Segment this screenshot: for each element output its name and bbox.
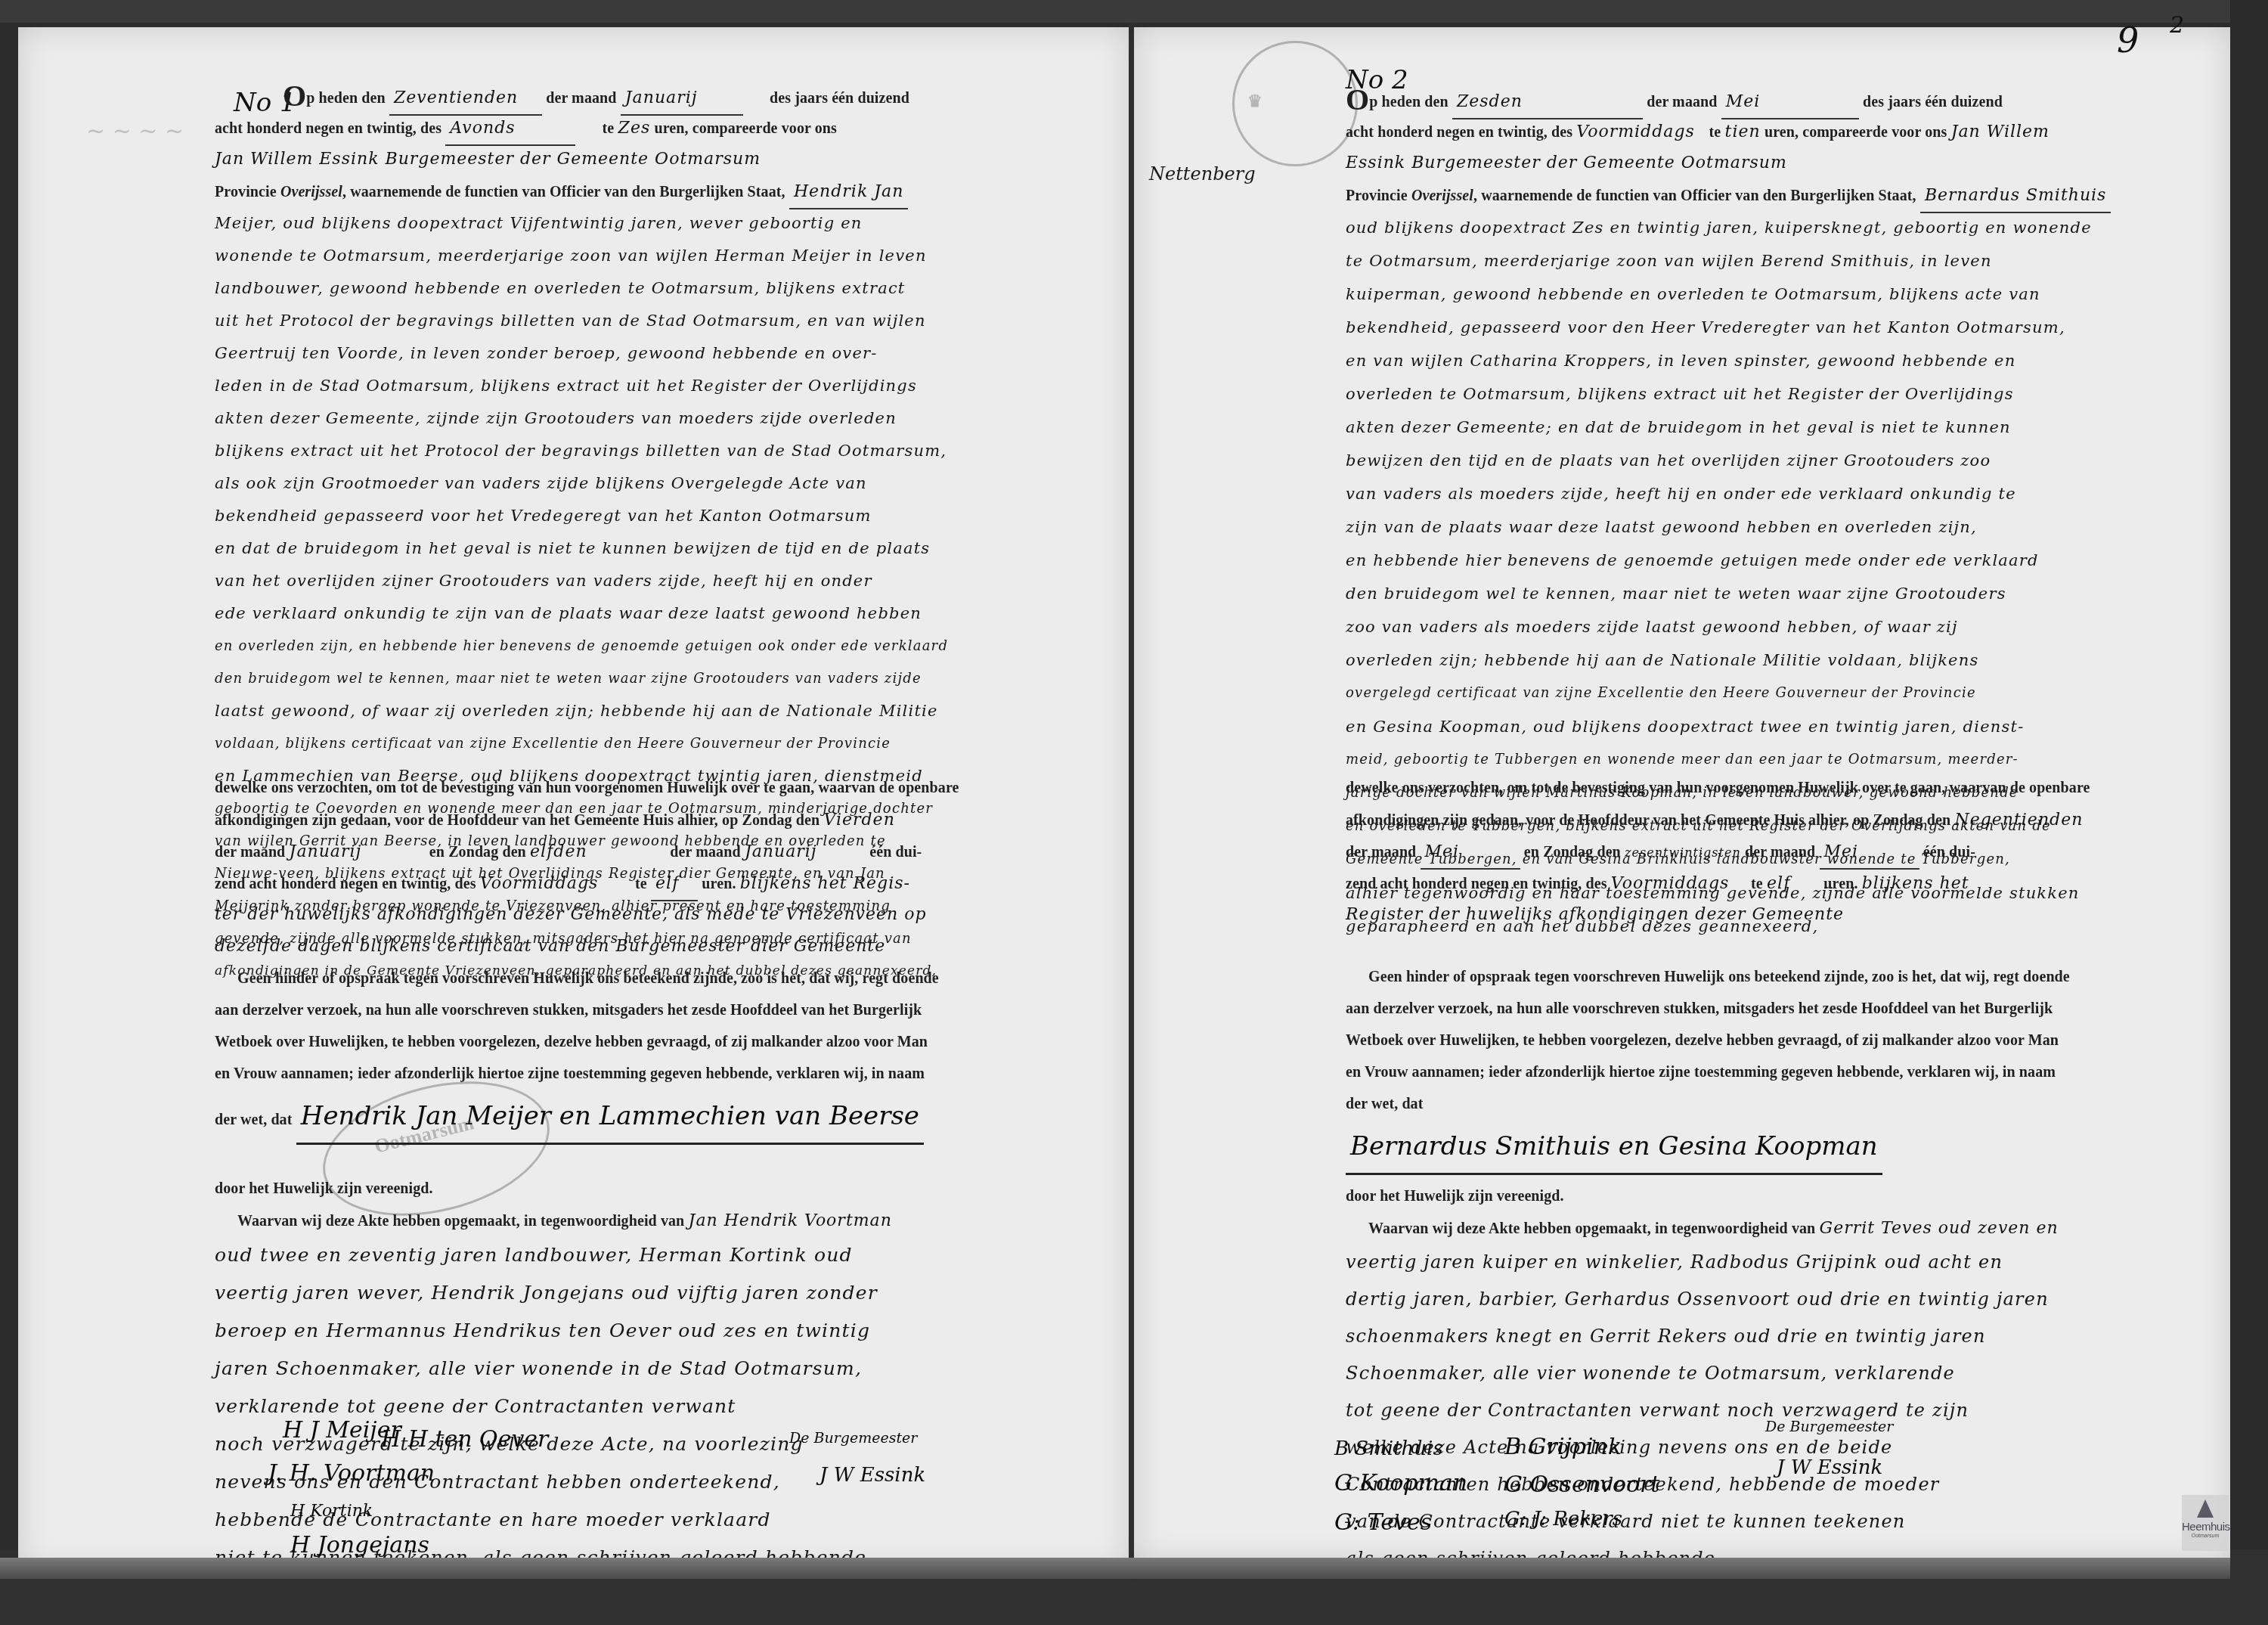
handwritten-line: landbouwer, gewoond hebbende en overlede… [215, 272, 1099, 305]
acte-1-proclamation: dewelke ons verzochten, om tot de bevest… [215, 772, 1099, 1577]
printed-text: der maand [215, 844, 285, 861]
printed-text: der maand [1647, 94, 1717, 110]
groom-name-field: Bernardus Smithuis [1920, 180, 2112, 213]
hour-field: tien [1725, 122, 1761, 141]
handwritten-text: Jan Willem [1951, 122, 2050, 141]
printed-text: , waarnemende de functien van Officier v… [342, 184, 785, 200]
first-sunday-field: Negentienden [1954, 811, 2083, 830]
groom-name-field: Hendrik Jan [789, 176, 908, 209]
printed-text: uren, compareerde voor ons [1765, 124, 1947, 141]
mayor-name-line: Jan Willem Essink Burgemeester der Gemee… [215, 144, 1099, 175]
handwritten-line: kuiperman, gewoond hebbende en overleden… [1346, 278, 2208, 311]
handwritten-line: en hebbende hier benevens de genoemde ge… [1346, 544, 2208, 577]
proclamation-line-2: afkondigingen zijn gedaan, voor de Hoofd… [1346, 804, 2208, 836]
printed-text: te [1751, 876, 1763, 892]
signature-groom: B Smithuis [1334, 1437, 1443, 1460]
printed-text: der maand [1346, 844, 1416, 861]
witness-name: Jan Hendrik Voortman [689, 1211, 892, 1230]
printed-text: , waarnemende de functien van Officier v… [1473, 188, 1916, 204]
printed-text: uren. [1823, 876, 1857, 892]
witness-block: oud twee en zeventig jaren landbouwer, H… [215, 1236, 1099, 1577]
printed-text: te [1709, 124, 1721, 141]
printed-line: en Vrouw aannamen; ieder afzonderlijk hi… [215, 1058, 1099, 1090]
handwritten-line: dertig jaren, barbier, Gerhardus Ossenvo… [1346, 1281, 2208, 1318]
first-sunday-field: Vierden [823, 811, 894, 830]
handwritten-line: bekendheid gepasseerd voor het Vredegere… [215, 500, 1099, 532]
bride-line: en Gesina Koopman, oud blijkens doopextr… [1346, 710, 2208, 743]
signature-witness-4: G: J: Rekers [1504, 1508, 1622, 1530]
second-sunday-field: zesentwintigsten [1625, 845, 1741, 860]
printed-text: afkondigingen zijn gedaan, voor de Hoofd… [1346, 812, 1950, 829]
printed-line: en Vrouw aannamen; ieder afzonderlijk hi… [1346, 1056, 2208, 1088]
printed-text: uren. [702, 876, 736, 892]
printed-text: en Zondag den [1524, 844, 1621, 861]
handwritten-line: akten dezer Gemeente, zijnde zijn Grooto… [215, 402, 1099, 435]
watermark-name: Heemhuis [2182, 1521, 2229, 1534]
witness-name: Gerrit Teves oud zeven en [1820, 1219, 2059, 1238]
daypart-field: Avonds [445, 113, 575, 146]
printed-text: des jaars één duizend [770, 90, 909, 107]
handwritten-line: en van wijlen Catharina Kroppers, in lev… [1346, 344, 2208, 377]
day-field: Zesden [1452, 86, 1643, 119]
folio-circled-mark: 9 [2117, 20, 2139, 60]
left-page: Ootmarsum ~ ~ ~ ~ No 1 Op heden den Zeve… [18, 27, 1129, 1570]
handwritten-line: bekendheid, gepasseerd voor den Heer Vre… [1346, 311, 2208, 344]
couple-names: Bernardus Smithuis en Gesina Koopman [1346, 1120, 1882, 1175]
printed-text: der maand [1745, 844, 1815, 861]
signature-mayor: J W Essink [1777, 1456, 1882, 1479]
printed-text: Waarvan wij deze Akte hebben opgemaakt, … [1346, 1220, 1815, 1237]
handwritten-line: zoo van vaders als moeders zijde laatst … [1346, 610, 2208, 643]
printed-text: acht honderd negen en twintig, des [1346, 124, 1572, 141]
day-field: Zeventienden [389, 82, 542, 116]
handwritten-line: bewijzen den tijd en de plaats van het o… [1346, 444, 2208, 477]
month-field: Januarij [745, 836, 866, 868]
month-field: Mei [1820, 836, 1919, 870]
acte-2-header-line-1: Op heden den Zesden der maand Mei des ja… [1346, 84, 2208, 116]
proclamation-line-3: der maand Januarij en Zondag den elfden … [215, 836, 1099, 867]
acte-2-header-line-2: acht honderd negen en twintig, des Voorm… [1346, 116, 2208, 147]
daypart-field: Voormiddags [1576, 116, 1705, 148]
folio-number: 2 [2170, 12, 2184, 39]
second-sunday-field: elfden [530, 836, 666, 868]
printed-text: uren, compareerde voor ons [654, 120, 836, 137]
signature-witness-3: H Jongejans [290, 1532, 429, 1558]
acte-2-header-line-4: Provincie Overijssel, waarnemende de fun… [1346, 179, 2208, 211]
month-field: Mei [1721, 86, 1859, 119]
mayor-title: De Burgemeester [1765, 1419, 1893, 1435]
printed-line: Geen hinder of opspraak tegen voorschrev… [215, 963, 1099, 994]
printed-line: door het Huwelijk zijn vereenigd. [215, 1173, 1099, 1205]
scan-background-top [0, 0, 2268, 23]
witness-intro-line: Waarvan wij deze Akte hebben opgemaakt, … [215, 1205, 1099, 1236]
proclamation-line-4: zend acht honderd negen en twintig, des … [215, 867, 1099, 899]
handwritten-line: den bruidegom wel te kennen, maar niet t… [215, 662, 1099, 695]
handwritten-text: blijkens het [1862, 874, 1969, 893]
hour-field: elf [1767, 868, 1820, 900]
printed-line: Wetboek over Huwelijken, te hebben voorg… [215, 1026, 1099, 1058]
proclamation-line-3: der maand Mei en Zondag den zesentwintig… [1346, 836, 2208, 867]
month-field: Januarij [290, 836, 426, 868]
right-page: ♛ 9 2 Nettenberg No 2 Op heden den Zesde… [1134, 27, 2230, 1562]
printed-text: des jaars één duizend [1863, 94, 2003, 110]
handwritten-text: blijkens het Regis- [740, 874, 910, 893]
printed-text: te [603, 120, 615, 137]
printed-text: afkondigingen zijn gedaan, voor de Hoofd… [215, 812, 820, 829]
month-field: Mei [1421, 836, 1520, 870]
handwritten-line: veertig jaren wever, Hendrik Jongejans o… [215, 1274, 1099, 1312]
page-bottom-edge [0, 1558, 2230, 1579]
witness-intro-line: Waarvan wij deze Akte hebben opgemaakt, … [1346, 1212, 2208, 1244]
printed-text: zend acht honderd negen en twintig, des [215, 876, 476, 892]
printed-text: Provincie [215, 184, 277, 200]
province-field: Overijssel [1411, 188, 1473, 204]
mayor-name-line: Essink Burgemeester der Gemeente Ootmars… [1346, 147, 2208, 179]
handwritten-line: ter der huwelijks afkondigingen dezer Ge… [215, 899, 1099, 931]
printed-line: der wet, dat [1346, 1088, 2208, 1120]
house-roof-icon [2197, 1499, 2214, 1518]
printed-line: aan derzelver verzoek, na hun alle voors… [1346, 993, 2208, 1025]
acte-1-header-line-1: Op heden den Zeventienden der maand Janu… [215, 80, 1099, 112]
handwritten-line: te Ootmarsum, meerderjarige zoon van wij… [1346, 244, 2208, 278]
printed-text: acht honderd negen en twintig, des [215, 120, 442, 137]
printed-text: p heden den [306, 90, 385, 107]
printed-line: Geen hinder of opspraak tegen voorschrev… [1346, 961, 2208, 993]
handwritten-line: overgelegd certificaat van zijne Excelle… [1346, 677, 2208, 710]
printed-text: en Zondag den [429, 844, 526, 861]
handwritten-line: ede verklaard onkundig te zijn van de pl… [215, 597, 1099, 630]
handwritten-line: Meijer, oud blijkens doopextract Vijfent… [215, 207, 1099, 240]
handwritten-line: oud twee en zeventig jaren landbouwer, H… [215, 1236, 1099, 1274]
signature-witness-1: J. H. Voortman [268, 1460, 435, 1487]
printed-text: één dui- [1923, 844, 1975, 861]
handwritten-line: oud blijkens doopextract Zes en twintig … [1346, 211, 2208, 244]
acte-1-header-line-2: acht honderd negen en twintig, des Avond… [215, 112, 1099, 144]
handwritten-line: Schoenmaker, alle vier wonende te Ootmar… [1346, 1355, 2208, 1392]
signature-witness-3: G Ossenvoort [1504, 1471, 1659, 1498]
initial-letter: O [283, 79, 306, 113]
signature-witness-2: H Kortink [290, 1502, 373, 1521]
daypart-field: Voormiddags [480, 868, 631, 900]
bleed-through-text: ~ ~ ~ ~ [86, 118, 184, 144]
handwritten-line: overleden zijn; hebbende hij aan de Nati… [1346, 643, 2208, 677]
printed-text: zend acht honderd negen en twintig, des [1346, 876, 1607, 892]
embossed-seal-text: ♛ [1247, 91, 1263, 111]
margin-note: Nettenberg [1149, 163, 1256, 185]
handwritten-line: laatst gewoond, of waar zij overleden zi… [215, 695, 1099, 727]
printed-text: der maand [546, 90, 616, 107]
proclamation-line-4: zend acht honderd negen en twintig, des … [1346, 867, 2208, 899]
province-field: Overijssel [280, 184, 342, 200]
hour-field: elf [651, 868, 698, 901]
handwritten-line: beroep en Hermannus Hendrikus ten Oever … [215, 1312, 1099, 1350]
printed-text: te [635, 876, 647, 892]
handwritten-line: overleden te Ootmarsum, blijkens extract… [1346, 377, 2208, 411]
printed-line: Wetboek over Huwelijken, te hebben voorg… [1346, 1025, 2208, 1056]
handwritten-line: Register der huwelijks afkondigingen dez… [1346, 899, 2208, 931]
handwritten-line: leden in de Stad Ootmarsum, blijkens ext… [215, 370, 1099, 402]
printed-text: één dui- [869, 844, 922, 861]
proclamation-line-2: afkondigingen zijn gedaan, voor de Hoofd… [215, 804, 1099, 836]
handwritten-line: van de Contractante verklaard niet te ku… [1346, 1503, 2208, 1540]
witness-block: veertig jaren kuiper en winkelier, Radbo… [1346, 1244, 2208, 1577]
printed-text: der maand [670, 844, 740, 861]
handwritten-line: dezelfde dagen blijkens certificaat van … [215, 931, 1099, 963]
signature-witness-1: G: Teves [1334, 1509, 1432, 1536]
handwritten-line: van het overlijden zijner Grootouders va… [215, 565, 1099, 597]
printed-line: dewelke ons verzochten, om tot de bevest… [1346, 772, 2208, 804]
printed-line: dewelke ons verzochten, om tot de bevest… [215, 772, 1099, 804]
signature-bride: G Koopman [1334, 1470, 1467, 1496]
mayor-title: De Burgemeester [789, 1430, 917, 1447]
daypart-field: Voormiddags [1611, 868, 1747, 900]
printed-text: Provincie [1346, 188, 1408, 204]
scan-background-right [2230, 0, 2268, 1625]
acte-1-header-line-4: Provincie Overijssel, waarnemende de fun… [215, 175, 1099, 207]
handwritten-line: schoenmakers knegt en Gerrit Rekers oud … [1346, 1318, 2208, 1355]
handwritten-line: voldaan, blijkens certificaat van zijne … [215, 727, 1099, 760]
handwritten-line: akten dezer Gemeente; en dat de bruidego… [1346, 411, 2208, 444]
handwritten-line: zijn van de plaats waar deze laatst gewo… [1346, 510, 2208, 544]
handwritten-line: jaren Schoenmaker, alle vier wonende in … [215, 1350, 1099, 1388]
printed-text: p heden den [1369, 94, 1448, 110]
printed-line: aan derzelver verzoek, na hun alle voors… [215, 994, 1099, 1026]
signature-witness-2: B Grijpink [1504, 1434, 1622, 1460]
printed-line: door het Huwelijk zijn vereenigd. [1346, 1180, 2208, 1212]
signature-witness-4: H H ten Oever [381, 1426, 548, 1453]
printed-text: Waarvan wij deze Akte hebben opgemaakt, … [215, 1213, 684, 1230]
initial-letter: O [1346, 82, 1369, 116]
handwritten-line: blijkens extract uit het Protocol der be… [215, 435, 1099, 467]
handwritten-line: van vaders als moeders zijde, heeft hij … [1346, 477, 2208, 510]
signature-mayor: J W Essink [820, 1464, 925, 1487]
month-field: Januarij [621, 82, 743, 116]
handwritten-line: en overleden zijn, en hebbende hier bene… [215, 630, 1099, 662]
handwritten-line: als ook zijn Grootmoeder van vaders zijd… [215, 467, 1099, 500]
couple-line: Bernardus Smithuis en Gesina Koopman [1346, 1120, 2208, 1173]
handwritten-line: en dat de bruidegom in het geval is niet… [215, 532, 1099, 565]
handwritten-line: Geertruij ten Voorde, in leven zonder be… [215, 337, 1099, 370]
couple-names: Hendrik Jan Meijer en Lammechien van Bee… [296, 1090, 924, 1145]
handwritten-line: uit het Protocol der begravings billette… [215, 305, 1099, 337]
handwritten-line: wonende te Ootmarsum, meerderjarige zoon… [215, 240, 1099, 272]
hour-field: Zes [618, 119, 651, 138]
archive-watermark: Heemhuis Ootmarsum [2182, 1495, 2229, 1551]
handwritten-line: den bruidegom wel te kennen, maar niet t… [1346, 577, 2208, 610]
handwritten-line: veertig jaren kuiper en winkelier, Radbo… [1346, 1244, 2208, 1281]
watermark-subtitle: Ootmarsum [2182, 1534, 2229, 1539]
printed-text: der wet, dat [215, 1112, 292, 1128]
couple-line: der wet, dat Hendrik Jan Meijer en Lamme… [215, 1090, 1099, 1143]
